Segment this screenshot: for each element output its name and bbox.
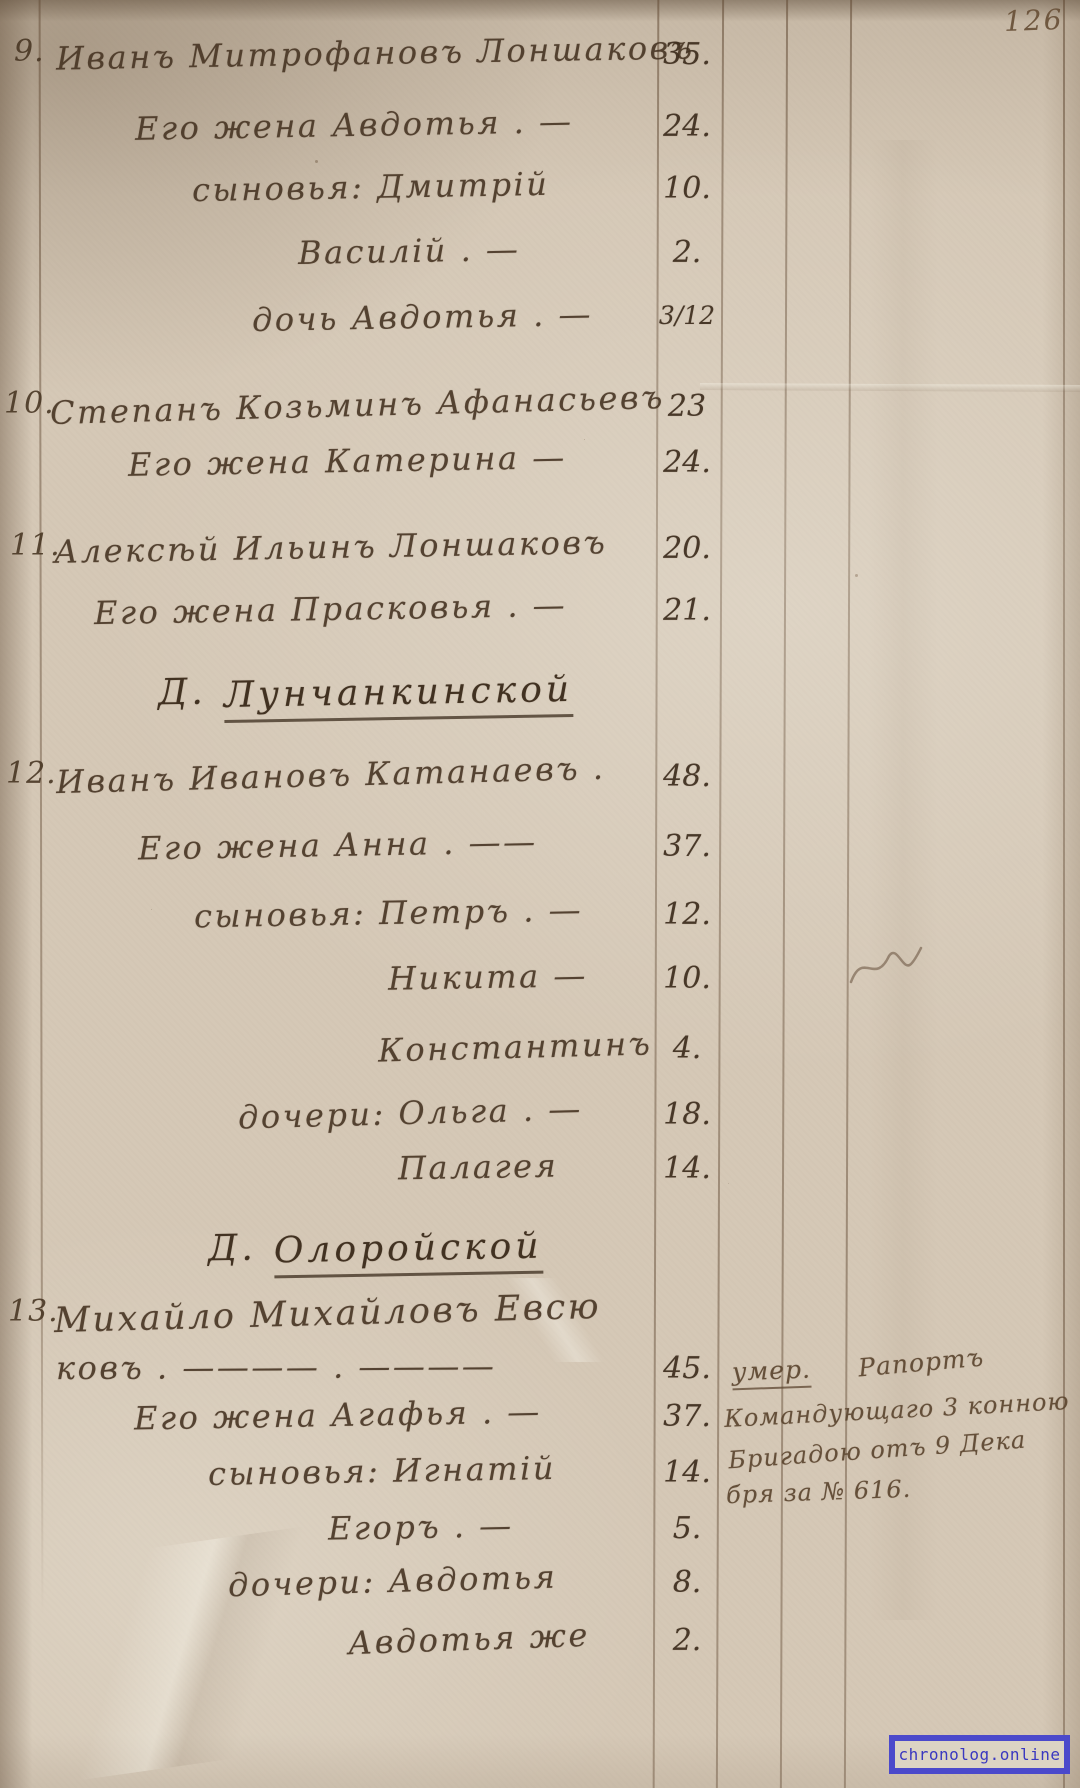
age-value: 35.	[654, 37, 720, 72]
census-row: Константинъ4.	[0, 1028, 1080, 1082]
census-row: Его жена Авдотья . —24.	[0, 106, 1080, 160]
entry-number: 12.	[6, 756, 57, 791]
person-line: Его жена Прасковья . —	[94, 586, 568, 632]
person-line: Степанъ Козьминъ Афанасьевъ	[50, 378, 666, 432]
age-value: 23	[654, 389, 720, 424]
village-header: Д.Лунчанкинской	[0, 672, 1080, 726]
census-row: Его жена Анна . ——37.	[0, 826, 1080, 880]
age-value: 2.	[654, 235, 720, 270]
age-value: 21.	[654, 593, 720, 628]
census-row: дочери: Ольга . —18.	[0, 1094, 1080, 1148]
census-row: дочь Авдотья . —3/12	[0, 298, 1080, 352]
census-row: Его жена Прасковья . —21.	[0, 590, 1080, 644]
person-line: Василій . —	[298, 230, 521, 272]
age-value: 37.	[654, 829, 720, 864]
page-number: 126	[1003, 3, 1064, 38]
age-value: 4.	[654, 1031, 720, 1066]
age-value: 20.	[654, 531, 720, 566]
age-value: 10.	[654, 171, 720, 206]
person-line: Палагея	[398, 1147, 559, 1188]
ink-specks	[315, 160, 318, 163]
age-value: 24.	[654, 109, 720, 144]
person-line: Никита —	[388, 956, 588, 997]
age-value: 45.	[654, 1351, 720, 1386]
person-line: сыновья: Петръ . —	[194, 891, 584, 936]
age-value: 12.	[654, 897, 720, 932]
census-row: Егоръ . —5.	[0, 1508, 1080, 1562]
watermark-text: chronolog.online	[898, 1745, 1060, 1764]
census-row: Палагея14.	[0, 1148, 1080, 1202]
person-line: Его жена Авдотья . —	[135, 102, 574, 148]
age-value: 18.	[654, 1097, 720, 1132]
census-row: Василій . —2.	[0, 232, 1080, 286]
person-line: Его жена Анна . ——	[138, 823, 538, 868]
person-line: Его жена Катерина —	[128, 438, 567, 484]
village-name: Лунчанкинской	[224, 669, 574, 723]
person-line: ковъ . ———— . ————	[56, 1347, 497, 1387]
age-value: 14.	[654, 1151, 720, 1186]
age-value: 48.	[654, 759, 720, 794]
age-value: 10.	[654, 961, 720, 996]
margin-note-line: умер.	[731, 1355, 811, 1391]
person-line: сыновья: Дмитрій	[192, 165, 550, 209]
age-value: 3/12	[654, 301, 720, 330]
person-line: Иванъ Митрофановъ Лоншаковъ	[56, 28, 695, 77]
age-value: 24.	[654, 445, 720, 480]
census-row: Авдотья же2.	[0, 1620, 1080, 1674]
person-line: Авдотья же	[347, 1616, 590, 1662]
entry-number: 10.	[4, 386, 55, 421]
village-header: Д.Олоройской	[0, 1228, 1080, 1282]
person-line: дочери: Авдотья	[228, 1558, 558, 1605]
person-line: Алексѣй Ильинъ Лоншаковъ	[54, 523, 608, 571]
person-line: Его жена Агафья . —	[134, 1392, 542, 1437]
entry-number: 9.	[14, 34, 45, 69]
age-value: 37.	[654, 1399, 720, 1434]
census-row: дочери: Авдотья8.	[0, 1562, 1080, 1616]
age-value: 8.	[654, 1565, 720, 1600]
census-row: 10.Степанъ Козьминъ Афанасьевъ23	[0, 386, 1080, 440]
entry-number: 13.	[8, 1294, 59, 1329]
document-page: 126 9.Иванъ Митрофановъ Лоншаковъ35.Его …	[0, 0, 1080, 1788]
person-line: дочь Авдотья . —	[252, 295, 594, 339]
village-header-prefix: Д.	[208, 1228, 257, 1270]
census-row: сыновья: Петръ . —12.	[0, 894, 1080, 948]
watermark-badge: chronolog.online	[889, 1735, 1070, 1774]
watermark-frame: chronolog.online	[895, 1741, 1064, 1768]
census-row: 13.Михайло Михайловъ Евсю	[0, 1294, 1080, 1348]
village-name: Олоройской	[274, 1226, 543, 1279]
age-value: 5.	[654, 1511, 720, 1546]
census-row: 12.Иванъ Ивановъ Катанаевъ .48.	[0, 756, 1080, 810]
person-line: Иванъ Ивановъ Катанаевъ .	[56, 749, 606, 801]
census-row: 9.Иванъ Митрофановъ Лоншаковъ35.	[0, 34, 1080, 88]
census-row: сыновья: Дмитрій10.	[0, 168, 1080, 222]
person-line: Константинъ	[378, 1024, 653, 1069]
census-row: Никита —10.	[0, 958, 1080, 1012]
person-line: Егоръ . —	[328, 1506, 514, 1547]
census-row: Его жена Катерина —24.	[0, 442, 1080, 496]
age-value: 2.	[654, 1623, 720, 1658]
census-row: 11.Алексѣй Ильинъ Лоншаковъ20.	[0, 528, 1080, 582]
age-value: 14.	[654, 1455, 720, 1490]
person-line: Михайло Михайловъ Евсю	[54, 1287, 602, 1341]
person-line: дочери: Ольга . —	[238, 1089, 584, 1136]
person-line: сыновья: Игнатій	[208, 1449, 557, 1493]
village-header-prefix: Д.	[158, 672, 207, 714]
